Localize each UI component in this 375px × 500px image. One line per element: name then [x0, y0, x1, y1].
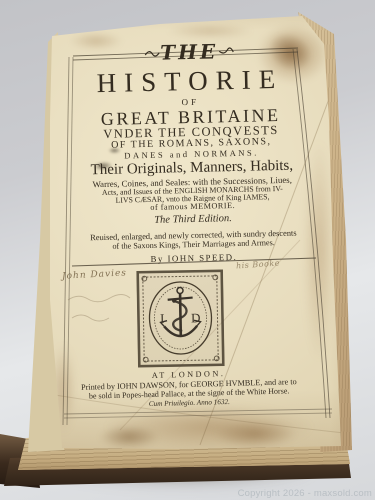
- printers-device: I D: [136, 269, 225, 368]
- edition-statement: The Third Edition.: [66, 212, 320, 229]
- anchor-dolphin-device-icon: I D: [136, 269, 225, 368]
- faint-handwriting-scribble: [68, 295, 130, 322]
- flourish-icon: [144, 48, 160, 58]
- auction-site-watermark: Copyright 2026 - maxsold.com: [238, 488, 372, 499]
- imprint-block: AT LONDON. Printed by IOHN DAWSON, for G…: [62, 368, 317, 412]
- device-initial-right: D: [191, 310, 201, 325]
- owner-inscription-right: his Booke: [236, 258, 280, 270]
- owner-inscription-left: John Davies: [62, 268, 127, 281]
- photo-of-antique-book: THE HISTORIE OF GREAT BRITAINE VNDER THE…: [0, 0, 375, 500]
- flourish-icon: [218, 46, 234, 56]
- author-byline: By IOHN SPEED.: [67, 251, 321, 267]
- device-initial-left: I: [160, 311, 165, 326]
- title-text-block: THE HISTORIE OF GREAT BRITAINE VNDER THE…: [62, 39, 321, 267]
